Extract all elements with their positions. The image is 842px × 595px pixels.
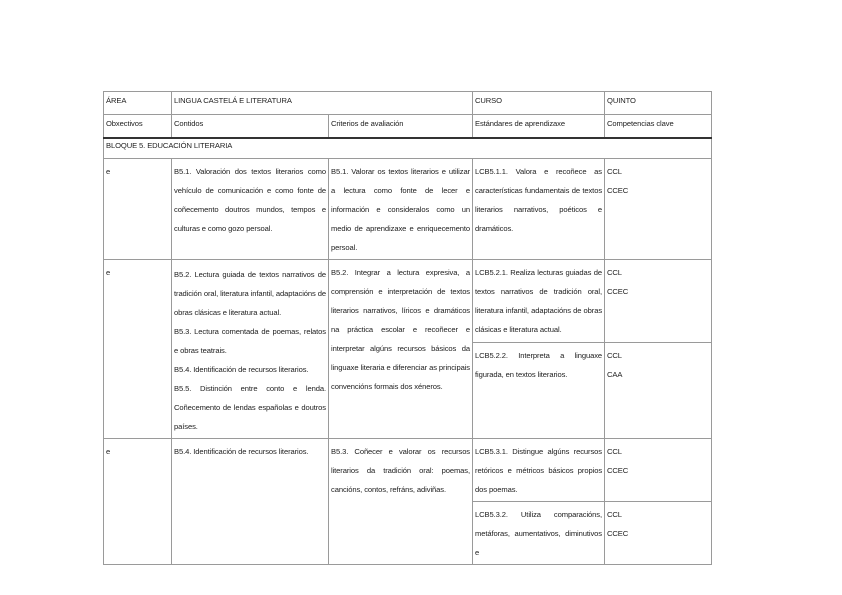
estandar-cell: LCB5.3.1. Distingue algúns recursos retó… (473, 439, 605, 502)
col-header-contidos: Contidos (172, 115, 329, 139)
competencia: CCL (607, 442, 709, 461)
competencias-cell: CCL CAA (605, 342, 712, 438)
block-title-row: BLOQUE 5. EDUCACIÓN LITERARIA (104, 138, 712, 159)
header-row-columns: Obxectivos Contidos Criterios de avaliac… (104, 115, 712, 139)
curriculum-table: ÁREA LINGUA CASTELÁ E LITERATURA CURSO Q… (103, 91, 712, 565)
curso-value: QUINTO (605, 92, 712, 115)
competencias-cell: CCL CCEC (605, 159, 712, 260)
table-row: e B5.2. Lectura guiada de textos narrati… (104, 260, 712, 343)
col-header-criterios: Criterios de avaliación (329, 115, 473, 139)
contido-item: B5.5. Distinción entre conto e lenda. Co… (174, 379, 326, 436)
obxectivo-cell: e (104, 260, 172, 439)
col-header-obxectivos: Obxectivos (104, 115, 172, 139)
block-title: BLOQUE 5. EDUCACIÓN LITERARIA (104, 138, 712, 159)
competencia: CCL (607, 505, 709, 524)
contidos-cell: B5.4. Identificación de recursos literar… (172, 439, 329, 565)
contido-item: B5.2. Lectura guiada de textos narrativo… (174, 265, 326, 322)
curso-label: CURSO (473, 92, 605, 115)
competencia: CCL (607, 162, 709, 181)
criterio-cell: B5.3. Coñecer e valorar os recursos lite… (329, 439, 473, 565)
contido-item: B5.3. Lectura comentada de poemas, relat… (174, 322, 326, 360)
col-header-estandares: Estándares de aprendizaxe (473, 115, 605, 139)
contidos-cell: B5.1. Valoración dos textos literarios c… (172, 159, 329, 260)
header-row-area: ÁREA LINGUA CASTELÁ E LITERATURA CURSO Q… (104, 92, 712, 115)
obxectivo-cell: e (104, 439, 172, 565)
competencia: CCEC (607, 282, 709, 301)
competencia: CCEC (607, 524, 709, 543)
estandar-cell: LCB5.1.1. Valora e recoñece as caracterí… (473, 159, 605, 260)
competencia: CCL (607, 263, 709, 282)
obxectivo-cell: e (104, 159, 172, 260)
competencia: CCEC (607, 181, 709, 200)
criterio-cell: B5.1. Valorar os textos literarios e uti… (329, 159, 473, 260)
competencia: CCEC (607, 461, 709, 480)
contidos-cell: B5.2. Lectura guiada de textos narrativo… (172, 260, 329, 439)
competencia: CAA (607, 365, 709, 384)
estandar-cell: LCB5.3.2. Utiliza comparacións, metáfora… (473, 502, 605, 565)
area-value: LINGUA CASTELÁ E LITERATURA (172, 92, 473, 115)
col-header-competencias: Competencias clave (605, 115, 712, 139)
criterio-cell: B5.2. Integrar a lectura expresiva, a co… (329, 260, 473, 439)
estandar-cell: LCB5.2.1. Realiza lecturas guiadas de te… (473, 260, 605, 343)
table-row: e B5.1. Valoración dos textos literarios… (104, 159, 712, 260)
estandar-cell: LCB5.2.2. Interpreta a linguaxe figurada… (473, 342, 605, 438)
table-row: e B5.4. Identificación de recursos liter… (104, 439, 712, 502)
area-label: ÁREA (104, 92, 172, 115)
competencias-cell: CCL CCEC (605, 260, 712, 343)
competencias-cell: CCL CCEC (605, 439, 712, 502)
contido-item: B5.4. Identificación de recursos literar… (174, 360, 326, 379)
competencias-cell: CCL CCEC (605, 502, 712, 565)
competencia: CCL (607, 346, 709, 365)
